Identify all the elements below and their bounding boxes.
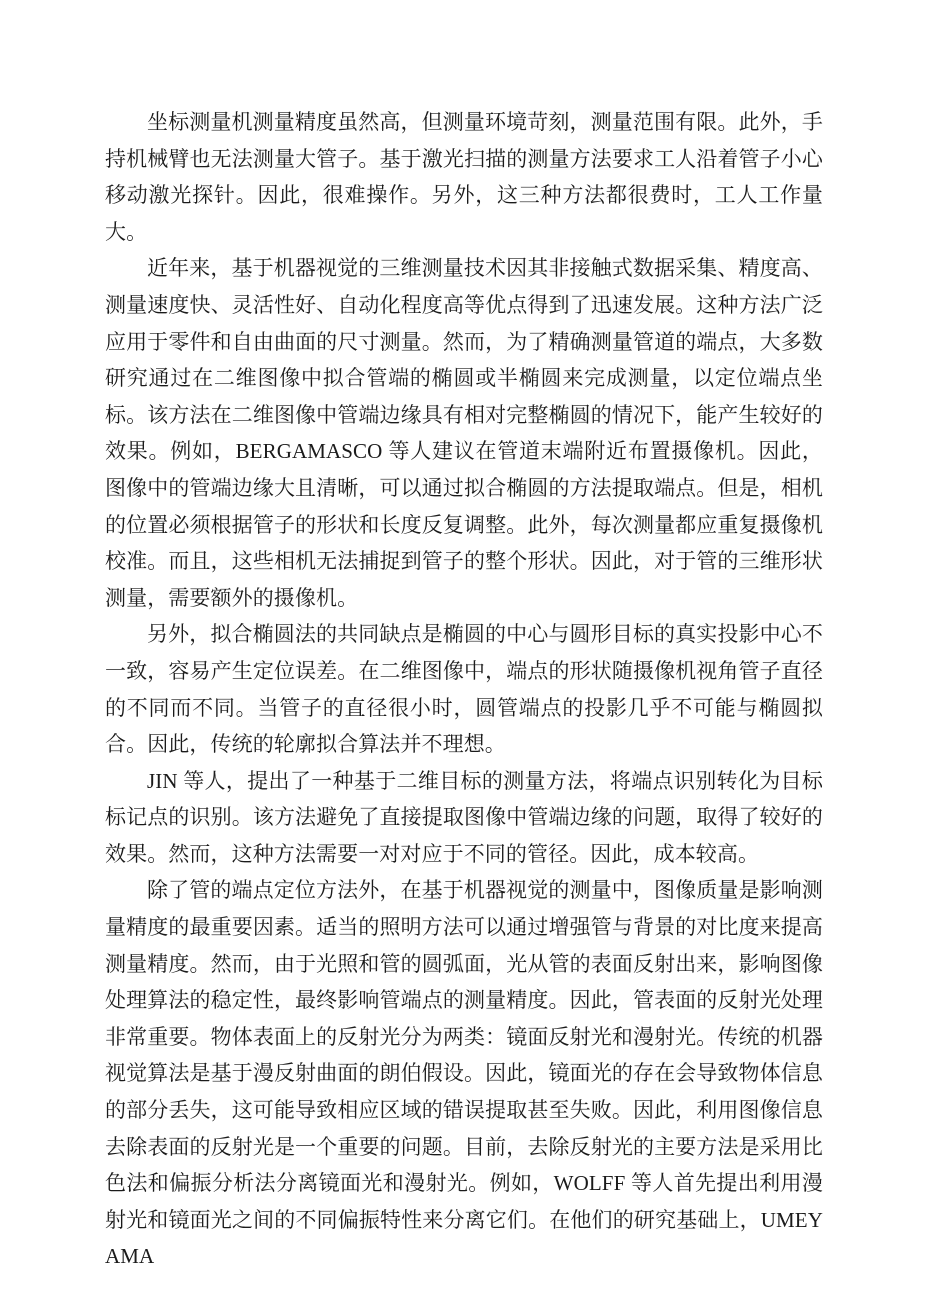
paragraph-1: 坐标测量机测量精度虽然高，但测量环境苛刻，测量范围有限。此外，手持机械臂也无法测… [105,104,823,250]
paragraph-4: JIN 等人，提出了一种基于二维目标的测量方法，将端点识别转化为目标标记点的识别… [105,763,823,873]
paragraph-3: 另外，拟合椭圆法的共同缺点是椭圆的中心与圆形目标的真实投影中心不一致，容易产生定… [105,616,823,762]
document-page: 坐标测量机测量精度虽然高，但测量环境苛刻，测量范围有限。此外，手持机械臂也无法测… [0,0,926,1309]
paragraph-2: 近年来，基于机器视觉的三维测量技术因其非接触式数据采集、精度高、测量速度快、灵活… [105,250,823,616]
paragraph-5: 除了管的端点定位方法外，在基于机器视觉的测量中，图像质量是影响测量精度的最重要因… [105,872,823,1275]
